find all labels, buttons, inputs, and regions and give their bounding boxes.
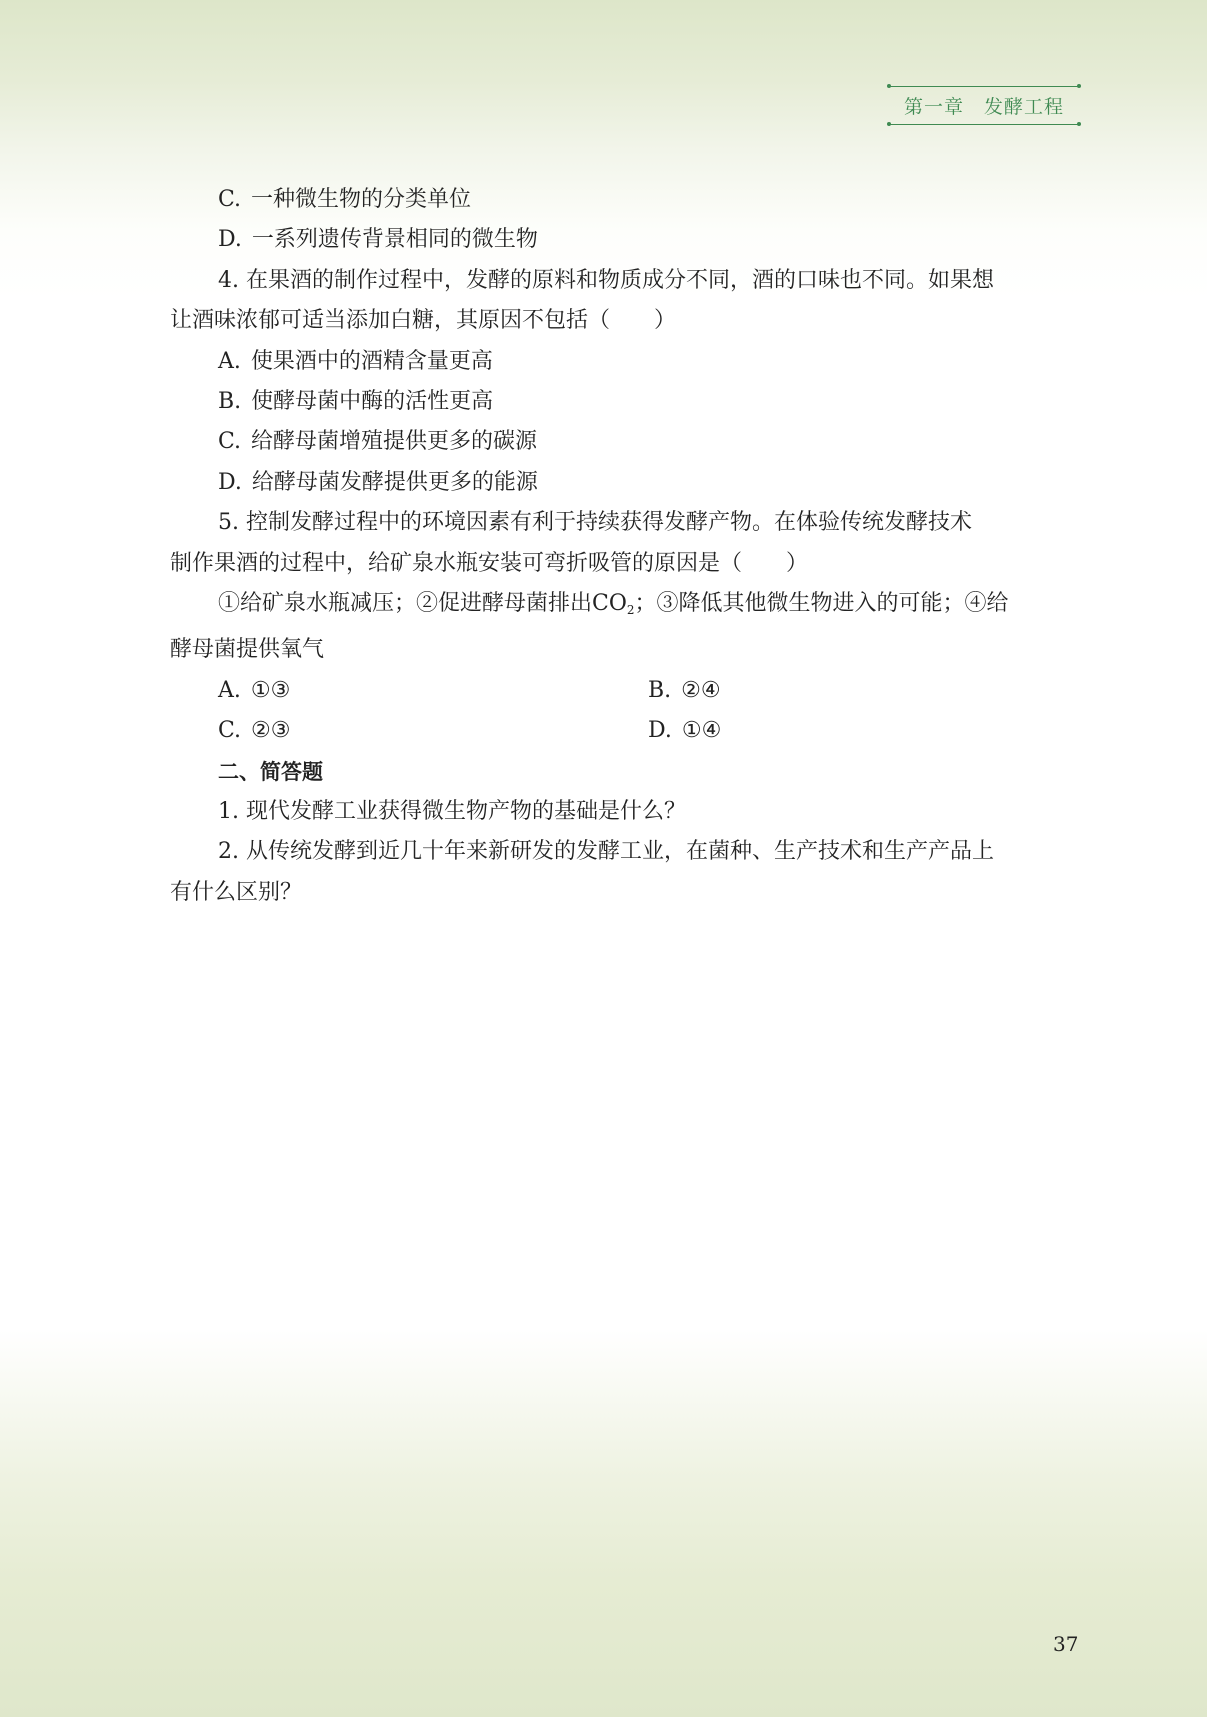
- question-4: 4. 在果酒的制作过程中，发酵的原料和物质成分不同，酒的口味也不同。如果想 让酒…: [170, 261, 1078, 342]
- option-label: D.: [648, 718, 672, 743]
- option-label: C.: [218, 429, 241, 454]
- q5-options-row-1: A.①③ B.②④: [170, 671, 1078, 711]
- short-answer-2-line-1: 2. 从传统发酵到近几十年来新研发的发酵工业，在菌种、生产技术和生产产品上: [170, 832, 1078, 872]
- q3-option-c: C.一种微生物的分类单位: [170, 180, 1078, 220]
- q4-option-c: C.给酵母菌增殖提供更多的碳源: [170, 422, 1078, 462]
- option-label: B.: [648, 678, 671, 703]
- option-label: A.: [218, 349, 241, 374]
- option-text: 一系列遗传背景相同的微生物: [252, 227, 538, 252]
- option-text: ②④: [681, 678, 720, 703]
- question-4-line-2: 让酒味浓郁可适当添加白糖，其原因不包括（ ）: [170, 301, 1078, 341]
- option-label: D.: [218, 470, 242, 495]
- page-content: C.一种微生物的分类单位 D.一系列遗传背景相同的微生物 4. 在果酒的制作过程…: [170, 180, 1078, 913]
- q4-option-a: A.使果酒中的酒精含量更高: [170, 342, 1078, 382]
- option-text: ①③: [251, 678, 290, 703]
- page-number: 37: [1053, 1632, 1078, 1656]
- header-dot-icon: [1077, 84, 1081, 88]
- header-dot-icon: [887, 122, 891, 126]
- option-text: 一种微生物的分类单位: [251, 187, 471, 212]
- header-dot-icon: [887, 84, 891, 88]
- option-text: 使酵母菌中酶的活性更高: [251, 389, 493, 414]
- short-answer-1: 1. 现代发酵工业获得微生物产物的基础是什么？: [170, 792, 1078, 832]
- q5-option-d: D.①④: [648, 711, 721, 751]
- option-label: C.: [218, 187, 241, 212]
- q5-option-a: A.①③: [170, 671, 648, 711]
- option-label: B.: [218, 389, 241, 414]
- option-text: ①④: [682, 718, 721, 743]
- header-rule-bottom: [888, 124, 1080, 125]
- option-text: 给酵母菌增殖提供更多的碳源: [251, 429, 537, 454]
- question-5-line-2: 制作果酒的过程中，给矿泉水瓶安装可弯折吸管的原因是（ ）: [170, 544, 1078, 584]
- q4-option-d: D.给酵母菌发酵提供更多的能源: [170, 463, 1078, 503]
- statements-line-2: 酵母菌提供氧气: [170, 630, 1078, 670]
- q5-option-b: B.②④: [648, 671, 721, 711]
- q3-option-d: D.一系列遗传背景相同的微生物: [170, 220, 1078, 260]
- header-dot-icon: [1077, 122, 1081, 126]
- q5-option-c: C.②③: [170, 711, 648, 751]
- option-text: 使果酒中的酒精含量更高: [251, 349, 493, 374]
- question-5-statements: ①给矿泉水瓶减压；②促进酵母菌排出CO2；③降低其他微生物进入的可能；④给 酵母…: [170, 584, 1078, 671]
- question-5: 5. 控制发酵过程中的环境因素有利于持续获得发酵产物。在体验传统发酵技术 制作果…: [170, 503, 1078, 584]
- q5-options-row-2: C.②③ D.①④: [170, 711, 1078, 751]
- option-label: A.: [218, 678, 241, 703]
- short-answer-2: 2. 从传统发酵到近几十年来新研发的发酵工业，在菌种、生产技术和生产产品上 有什…: [170, 832, 1078, 913]
- option-text: ②③: [251, 718, 290, 743]
- question-5-line-1: 5. 控制发酵过程中的环境因素有利于持续获得发酵产物。在体验传统发酵技术: [170, 503, 1078, 543]
- chapter-header: 第一章 发酵工程: [888, 86, 1080, 126]
- short-answer-2-line-2: 有什么区别？: [170, 873, 1078, 913]
- option-label: D.: [218, 227, 242, 252]
- option-text: 给酵母菌发酵提供更多的能源: [252, 470, 538, 495]
- q4-option-b: B.使酵母菌中酶的活性更高: [170, 382, 1078, 422]
- question-4-line-1: 4. 在果酒的制作过程中，发酵的原料和物质成分不同，酒的口味也不同。如果想: [170, 261, 1078, 301]
- statements-line-1: ①给矿泉水瓶减压；②促进酵母菌排出CO2；③降低其他微生物进入的可能；④给: [170, 584, 1078, 630]
- section-heading: 二、简答题: [170, 752, 1078, 792]
- subscript-2: 2: [627, 603, 635, 617]
- header-rule-top: [888, 86, 1080, 87]
- chapter-title: 第一章 发酵工程: [888, 92, 1080, 119]
- option-label: C.: [218, 718, 241, 743]
